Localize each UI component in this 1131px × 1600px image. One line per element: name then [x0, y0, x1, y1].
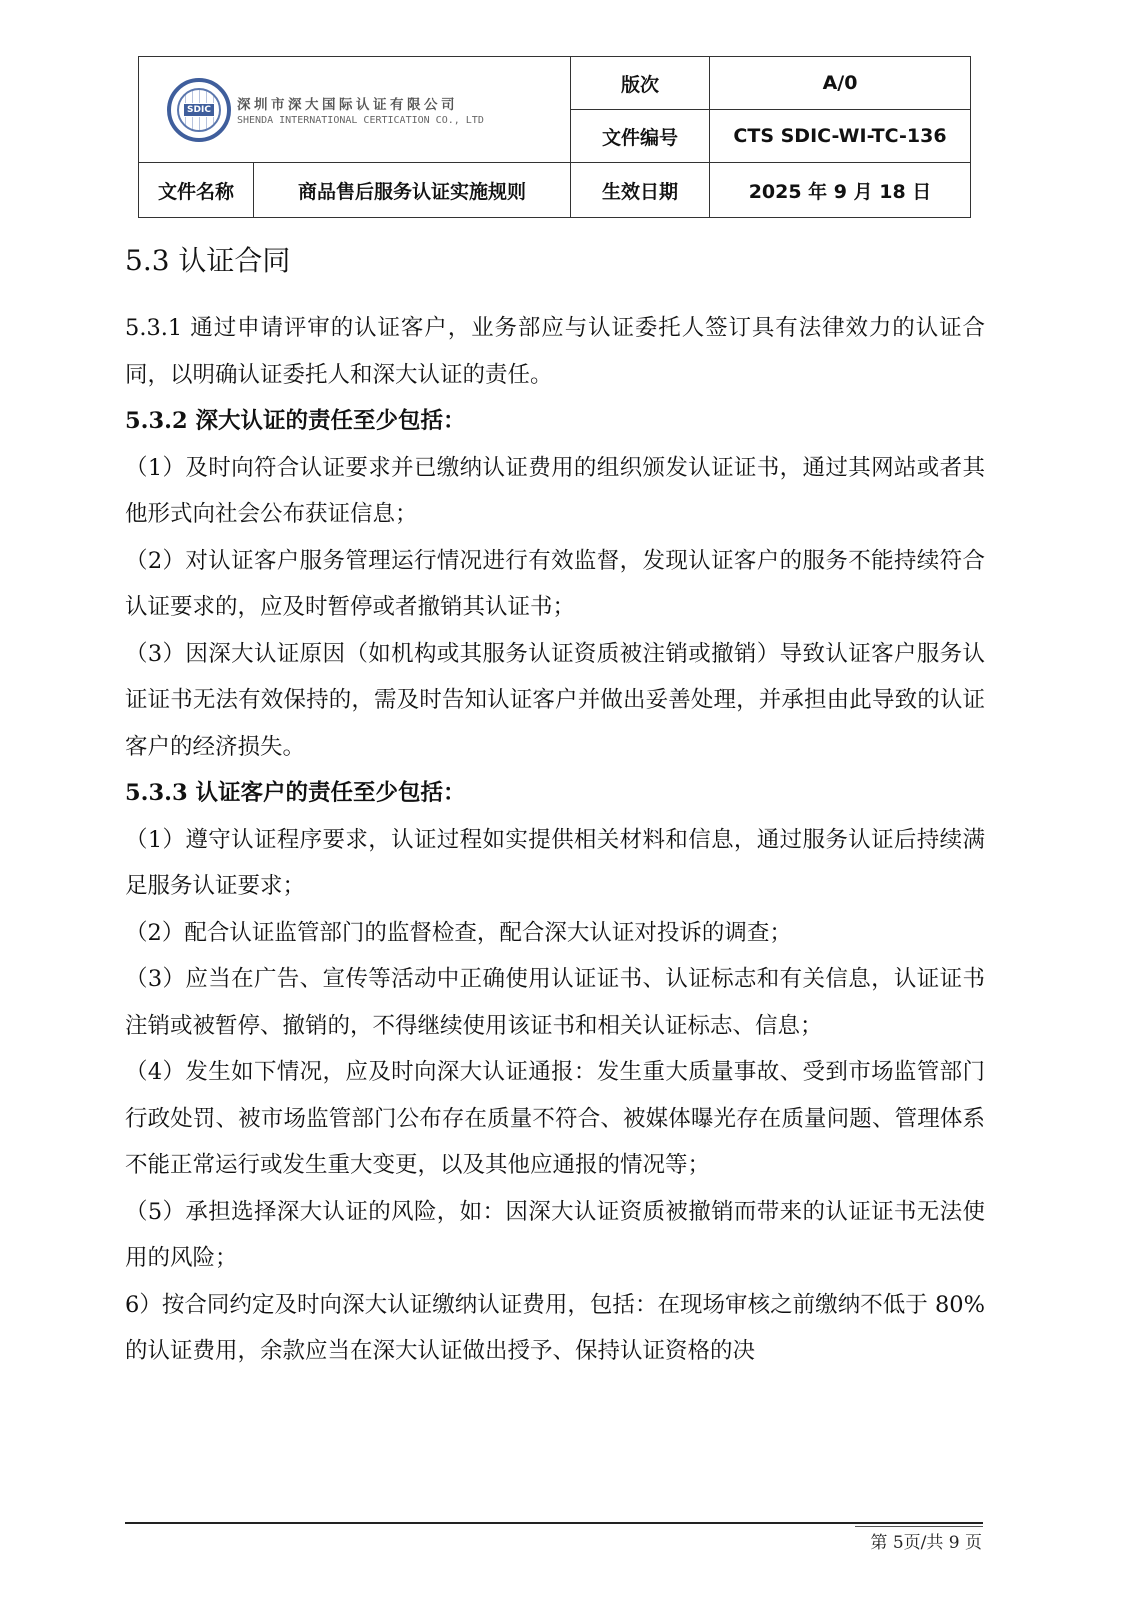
- footer-divider-short: [855, 1526, 983, 1527]
- paragraph: （2）配合认证监管部门的监督检查，配合深大认证对投诉的调查；: [125, 910, 985, 957]
- doc-name-label: 文件名称: [139, 163, 254, 218]
- paragraph: （1）及时向符合认证要求并已缴纳认证费用的组织颁发认证证书，通过其网站或者其他形…: [125, 445, 985, 538]
- effective-date-value: 2025 年 9 月 18 日: [710, 163, 971, 218]
- doc-name-value: 商品售后服务认证实施规则: [254, 163, 571, 218]
- doc-number-label: 文件编号: [571, 110, 710, 163]
- version-value: A/0: [710, 57, 971, 110]
- document-body: 5.3 认证合同 5.3.1 通过申请评审的认证客户，业务部应与认证委托人签订具…: [125, 236, 985, 1375]
- paragraph: （3）应当在广告、宣传等活动中正确使用认证证书、认证标志和有关信息，认证证书注销…: [125, 956, 985, 1049]
- subsection-heading: 5.3.2 深大认证的责任至少包括：: [125, 398, 985, 445]
- paragraph: （1）遵守认证程序要求，认证过程如实提供相关材料和信息，通过服务认证后持续满足服…: [125, 817, 985, 910]
- document-header-table: SDIC 深圳市深大国际认证有限公司 SHENDA INTERNATIONAL …: [138, 56, 971, 218]
- paragraph: （2）对认证客户服务管理运行情况进行有效监督，发现认证客户的服务不能持续符合认证…: [125, 538, 985, 631]
- logo-band-text: SDIC: [183, 103, 215, 117]
- paragraph: （5）承担选择深大认证的风险，如：因深大认证资质被撤销而带来的认证证书无法使用的…: [125, 1189, 985, 1282]
- footer-divider: [125, 1522, 983, 1524]
- doc-number-value: CTS SDIC-WI-TC-136: [710, 110, 971, 163]
- section-title: 5.3 认证合同: [125, 236, 985, 286]
- page-indicator: 第 5页/共 9 页: [870, 1528, 982, 1553]
- version-label: 版次: [571, 57, 710, 110]
- paragraph: 5.3.1 通过申请评审的认证客户，业务部应与认证委托人签订具有法律效力的认证合…: [125, 305, 985, 398]
- company-name-en: SHENDA INTERNATIONAL CERTICATION CO., LT…: [237, 115, 484, 126]
- company-logo-icon: SDIC: [167, 78, 231, 142]
- company-logo-cell: SDIC 深圳市深大国际认证有限公司 SHENDA INTERNATIONAL …: [139, 57, 571, 163]
- paragraph: （4）发生如下情况，应及时向深大认证通报：发生重大质量事故、受到市场监管部门行政…: [125, 1049, 985, 1189]
- company-name-cn: 深圳市深大国际认证有限公司: [237, 93, 484, 113]
- effective-date-label: 生效日期: [571, 163, 710, 218]
- subsection-heading: 5.3.3 认证客户的责任至少包括：: [125, 770, 985, 817]
- paragraph: 6）按合同约定及时向深大认证缴纳认证费用，包括：在现场审核之前缴纳不低于 80%…: [125, 1282, 985, 1375]
- paragraph: （3）因深大认证原因（如机构或其服务认证资质被注销或撤销）导致认证客户服务认证证…: [125, 631, 985, 771]
